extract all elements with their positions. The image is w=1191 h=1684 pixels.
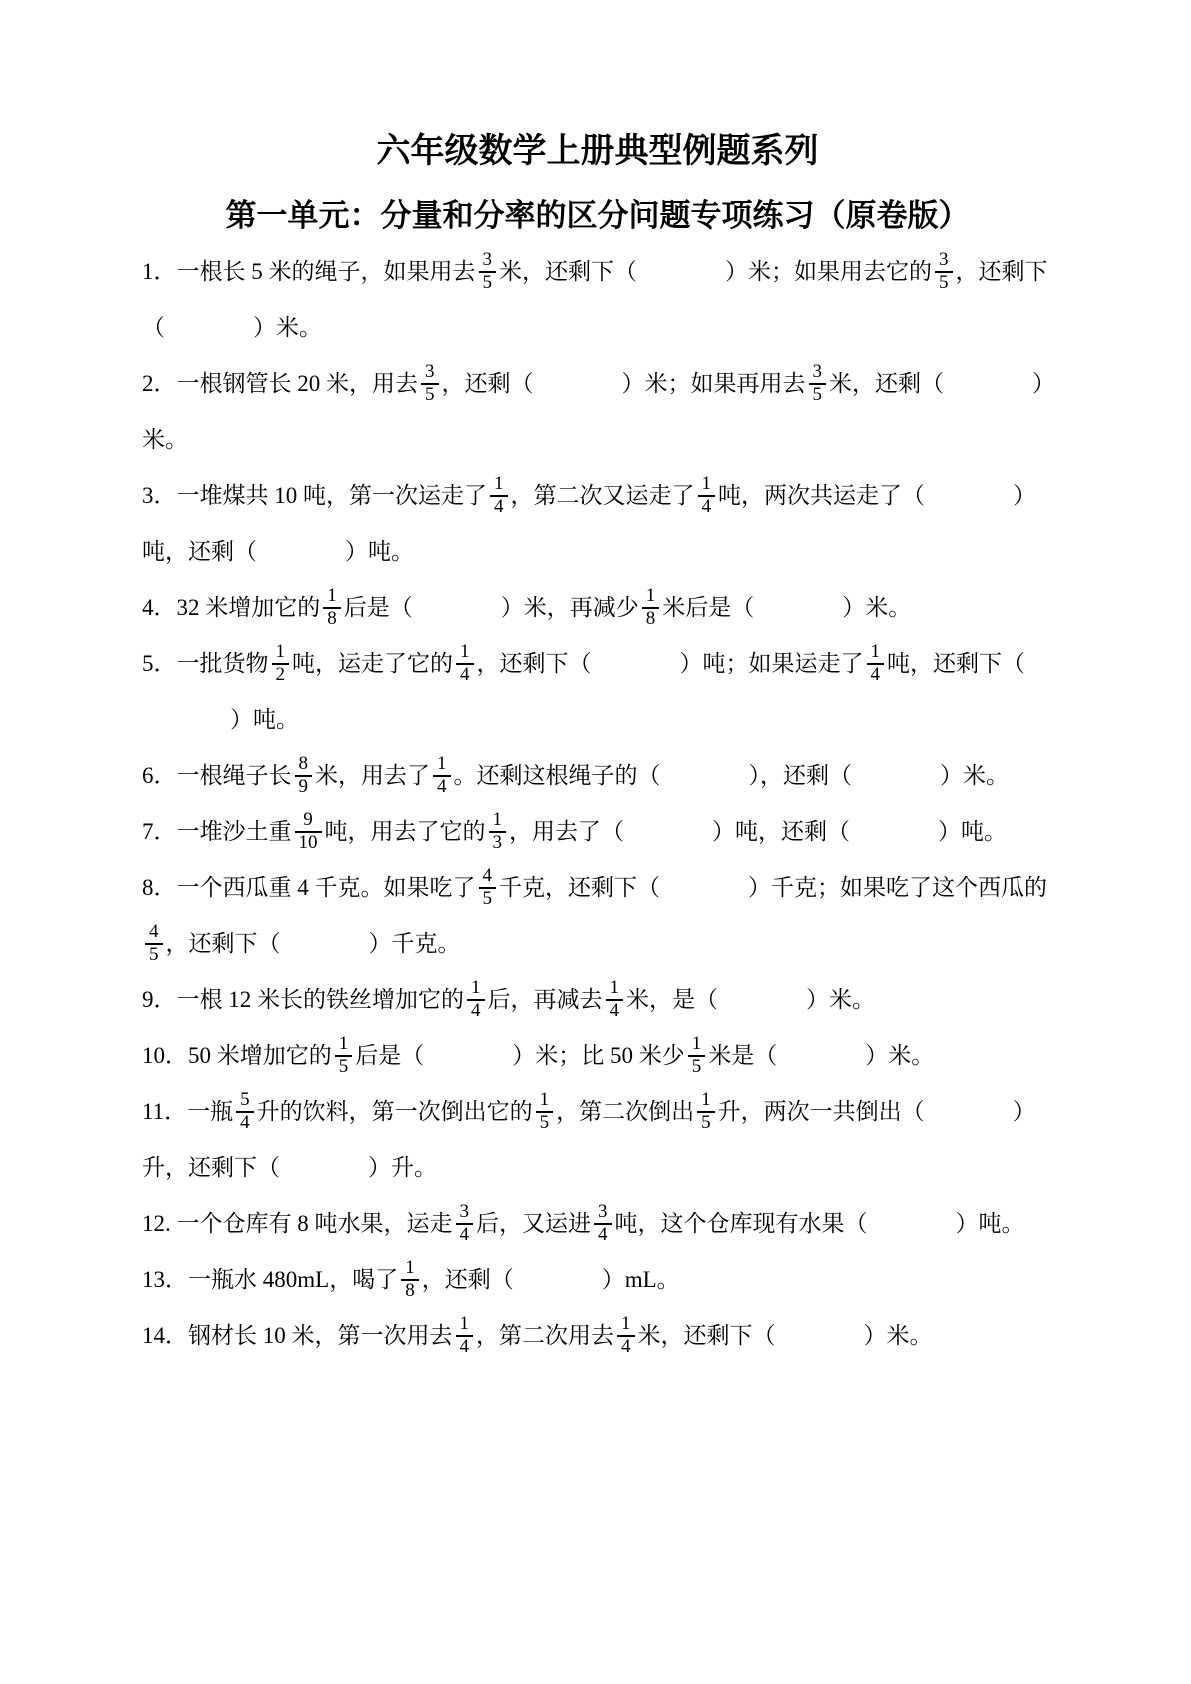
problem-text: ）千克；如果吃了这个西瓜的 bbox=[748, 875, 1047, 900]
problem-text: 米，还剩下（ bbox=[499, 259, 637, 284]
fraction: 45 bbox=[479, 866, 497, 909]
problem-text: 6．一根绳子长 bbox=[142, 763, 292, 788]
problem-text: ）米，再减少 bbox=[501, 595, 639, 620]
problem-text: ）米。 bbox=[865, 1043, 934, 1068]
fraction-denominator: 4 bbox=[490, 495, 508, 518]
problem-text: 9．一根 12 米长的铁丝增加它的 bbox=[142, 987, 464, 1012]
fraction: 18 bbox=[642, 586, 660, 629]
problem-text: 米，用去了 bbox=[315, 763, 430, 788]
problem-text: 吨，这个仓库现有水果（ bbox=[615, 1211, 868, 1236]
problem-text: 后是（ bbox=[344, 595, 413, 620]
fraction: 14 bbox=[433, 754, 451, 797]
problem-6: 6．一根绳子长89米，用去了14。还剩这根绳子的（），还剩（）米。 bbox=[142, 748, 1053, 804]
problem-text: ）吨。 bbox=[230, 707, 299, 732]
fraction: 14 bbox=[867, 642, 885, 685]
fraction: 34 bbox=[456, 1202, 474, 1245]
fraction-denominator: 5 bbox=[479, 887, 497, 910]
fraction: 14 bbox=[456, 1314, 474, 1357]
problem-text: 10．50 米增加它的 bbox=[142, 1043, 332, 1068]
fraction: 14 bbox=[606, 978, 624, 1021]
problem-text: ）吨。 bbox=[938, 819, 1007, 844]
problem-text: ）米；如果再用去 bbox=[622, 371, 806, 396]
fraction: 15 bbox=[697, 1090, 715, 1133]
problem-7: 7．一堆沙土重910吨，用去了它的13，用去了（）吨，还剩（）吨。 bbox=[142, 804, 1053, 860]
fraction-denominator: 4 bbox=[867, 663, 885, 686]
fraction: 12 bbox=[272, 642, 290, 685]
fraction-numerator: 1 bbox=[335, 1034, 353, 1055]
fraction-numerator: 1 bbox=[697, 1090, 715, 1111]
fraction: 910 bbox=[295, 810, 322, 853]
problem-text: 后，又运进 bbox=[476, 1211, 591, 1236]
fraction-denominator: 5 bbox=[479, 271, 497, 294]
fraction-denominator: 4 bbox=[606, 999, 624, 1022]
answer-blank-gap bbox=[592, 670, 680, 671]
worksheet-page: 六年级数学上册典型例题系列 第一单元：分量和分率的区分问题专项练习（原卷版） 1… bbox=[0, 0, 1191, 1684]
problem-text: ）mL。 bbox=[602, 1267, 680, 1292]
fraction-numerator: 3 bbox=[594, 1202, 612, 1223]
problem-12: 12. 一个仓库有 8 吨水果，运走34后，又运进34吨，这个仓库现有水果（）吨… bbox=[142, 1196, 1053, 1252]
answer-blank-gap bbox=[661, 782, 749, 783]
fraction-denominator: 4 bbox=[467, 999, 485, 1022]
answer-blank-gap bbox=[165, 334, 253, 335]
fraction-numerator: 1 bbox=[688, 1034, 706, 1055]
fraction-denominator: 4 bbox=[698, 495, 716, 518]
answer-blank-gap bbox=[280, 1174, 368, 1175]
problem-text: ）米。 bbox=[253, 315, 322, 340]
problem-text: 2．一根钢管长 20 米，用去 bbox=[142, 371, 418, 396]
problem-text: ）吨。 bbox=[956, 1211, 1025, 1236]
answer-blank-gap bbox=[925, 502, 1013, 503]
fraction-denominator: 8 bbox=[401, 1279, 419, 1302]
problem-text: 11．一瓶 bbox=[142, 1099, 233, 1124]
fraction: 15 bbox=[335, 1034, 353, 1077]
fraction-numerator: 1 bbox=[467, 978, 485, 999]
fraction-numerator: 1 bbox=[617, 1314, 635, 1335]
problem-text: ）米。 bbox=[842, 595, 911, 620]
answer-blank-gap bbox=[850, 838, 938, 839]
problem-text: ）升。 bbox=[368, 1155, 437, 1180]
problem-text: 吨，运走了它的 bbox=[292, 651, 453, 676]
fraction-numerator: 3 bbox=[421, 362, 439, 383]
answer-blank-gap bbox=[142, 726, 230, 727]
answer-blank-gap bbox=[754, 614, 842, 615]
problem-text: ）米。 bbox=[806, 987, 875, 1012]
fraction-numerator: 1 bbox=[433, 754, 451, 775]
problems-list: 1．一根长 5 米的绳子，如果用去35米，还剩下（）米；如果用去它的35，还剩下… bbox=[142, 244, 1053, 1364]
problem-text: 米，是（ bbox=[626, 987, 718, 1012]
problem-10: 10．50 米增加它的15后是（）米；比 50 米少15米是（）米。 bbox=[142, 1028, 1053, 1084]
fraction: 15 bbox=[536, 1090, 554, 1133]
problem-text: 3．一堆煤共 10 吨，第一次运走了 bbox=[142, 483, 487, 508]
answer-blank-gap bbox=[413, 614, 501, 615]
fraction: 54 bbox=[236, 1090, 254, 1133]
answer-blank-gap bbox=[868, 1230, 956, 1231]
fraction-denominator: 10 bbox=[295, 831, 322, 854]
fraction-numerator: 1 bbox=[456, 642, 474, 663]
page-subtitle: 第一单元：分量和分率的区分问题专项练习（原卷版） bbox=[142, 194, 1053, 238]
fraction-denominator: 5 bbox=[809, 383, 827, 406]
fraction: 34 bbox=[594, 1202, 612, 1245]
fraction: 35 bbox=[935, 250, 953, 293]
fraction-numerator: 3 bbox=[809, 362, 827, 383]
problem-text: 5．一批货物 bbox=[142, 651, 269, 676]
fraction: 15 bbox=[688, 1034, 706, 1077]
fraction-numerator: 9 bbox=[299, 810, 317, 831]
problem-text: 12. 一个仓库有 8 吨水果，运走 bbox=[142, 1211, 453, 1236]
fraction: 14 bbox=[467, 978, 485, 1021]
answer-blank-gap bbox=[925, 1118, 1013, 1119]
problem-1: 1．一根长 5 米的绳子，如果用去35米，还剩下（）米；如果用去它的35，还剩下… bbox=[142, 244, 1053, 356]
problem-text: ，还剩下（ bbox=[477, 651, 592, 676]
fraction-denominator: 5 bbox=[421, 383, 439, 406]
fraction-denominator: 5 bbox=[688, 1055, 706, 1078]
problem-text: ）吨。 bbox=[345, 539, 414, 564]
fraction-denominator: 9 bbox=[295, 775, 313, 798]
problem-text: ，还剩（ bbox=[422, 1267, 514, 1292]
fraction-numerator: 1 bbox=[867, 642, 885, 663]
fraction-numerator: 3 bbox=[479, 250, 497, 271]
answer-blank-gap bbox=[624, 838, 712, 839]
problem-text: 吨，用去了它的 bbox=[325, 819, 486, 844]
fraction-denominator: 3 bbox=[489, 831, 507, 854]
problem-text: ，还剩（ bbox=[442, 371, 534, 396]
problem-9: 9．一根 12 米长的铁丝增加它的14后，再减去14米，是（）米。 bbox=[142, 972, 1053, 1028]
problem-text: 。还剩这根绳子的（ bbox=[454, 763, 661, 788]
problem-text: 1．一根长 5 米的绳子，如果用去 bbox=[142, 259, 476, 284]
problem-text: 8．一个西瓜重 4 千克。如果吃了 bbox=[142, 875, 476, 900]
answer-blank-gap bbox=[637, 278, 725, 279]
fraction-numerator: 1 bbox=[698, 474, 716, 495]
fraction-denominator: 4 bbox=[456, 663, 474, 686]
answer-blank-gap bbox=[718, 1006, 806, 1007]
problem-text: 吨，还剩下（ bbox=[887, 651, 1025, 676]
answer-blank-gap bbox=[944, 390, 1032, 391]
fraction-numerator: 1 bbox=[489, 810, 507, 831]
answer-blank-gap bbox=[777, 1062, 865, 1063]
problem-2: 2．一根钢管长 20 米，用去35，还剩（）米；如果再用去35米，还剩（）米。 bbox=[142, 356, 1053, 468]
problem-text: ）吨；如果运走了 bbox=[680, 651, 864, 676]
problem-text: 米后是（ bbox=[662, 595, 754, 620]
problem-14: 14．钢材长 10 米，第一次用去14，第二次用去14米，还剩下（）米。 bbox=[142, 1308, 1053, 1364]
fraction-denominator: 8 bbox=[323, 607, 341, 630]
fraction-numerator: 4 bbox=[479, 866, 497, 887]
fraction: 13 bbox=[489, 810, 507, 853]
fraction-denominator: 5 bbox=[335, 1055, 353, 1078]
fraction-numerator: 5 bbox=[236, 1090, 254, 1111]
problem-5: 5．一批货物12吨，运走了它的14，还剩下（）吨；如果运走了14吨，还剩下（）吨… bbox=[142, 636, 1053, 748]
fraction-denominator: 4 bbox=[456, 1223, 474, 1246]
fraction-denominator: 5 bbox=[536, 1111, 554, 1134]
fraction-numerator: 3 bbox=[456, 1202, 474, 1223]
fraction: 14 bbox=[490, 474, 508, 517]
problem-text: 米，还剩下（ bbox=[638, 1323, 776, 1348]
fraction-denominator: 8 bbox=[642, 607, 660, 630]
fraction: 14 bbox=[456, 642, 474, 685]
answer-blank-gap bbox=[424, 1062, 512, 1063]
answer-blank-gap bbox=[514, 1286, 602, 1287]
problem-text: 升，两次一共倒出（ bbox=[718, 1099, 925, 1124]
fraction-numerator: 1 bbox=[536, 1090, 554, 1111]
fraction-numerator: 4 bbox=[145, 922, 163, 943]
fraction-numerator: 1 bbox=[272, 642, 290, 663]
fraction-denominator: 5 bbox=[935, 271, 953, 294]
problem-text: ）吨，还剩（ bbox=[712, 819, 850, 844]
fraction-denominator: 4 bbox=[617, 1335, 635, 1358]
problem-text: 后是（ bbox=[355, 1043, 424, 1068]
fraction-numerator: 1 bbox=[323, 586, 341, 607]
problem-text: ），还剩（ bbox=[749, 763, 853, 788]
problem-text: ，用去了（ bbox=[509, 819, 624, 844]
fraction: 18 bbox=[401, 1258, 419, 1301]
fraction: 18 bbox=[323, 586, 341, 629]
fraction-numerator: 1 bbox=[642, 586, 660, 607]
fraction-numerator: 1 bbox=[456, 1314, 474, 1335]
problem-text: 7．一堆沙土重 bbox=[142, 819, 292, 844]
answer-blank-gap bbox=[281, 950, 369, 951]
fraction: 89 bbox=[295, 754, 313, 797]
fraction-numerator: 3 bbox=[935, 250, 953, 271]
fraction-numerator: 1 bbox=[606, 978, 624, 999]
problem-text: 4．32 米增加它的 bbox=[142, 595, 320, 620]
fraction-denominator: 5 bbox=[697, 1111, 715, 1134]
problem-text: ，第二次又运走了 bbox=[511, 483, 695, 508]
problem-text: ）米；比 50 米少 bbox=[512, 1043, 685, 1068]
problem-4: 4．32 米增加它的18后是（）米，再减少18米后是（）米。 bbox=[142, 580, 1053, 636]
fraction-numerator: 8 bbox=[295, 754, 313, 775]
answer-blank-gap bbox=[257, 558, 345, 559]
fraction-denominator: 4 bbox=[433, 775, 451, 798]
problem-text: 千克，还剩下（ bbox=[499, 875, 660, 900]
problem-text: 后，再减去 bbox=[488, 987, 603, 1012]
answer-blank-gap bbox=[776, 1342, 864, 1343]
fraction: 35 bbox=[809, 362, 827, 405]
fraction-numerator: 1 bbox=[490, 474, 508, 495]
fraction: 35 bbox=[421, 362, 439, 405]
answer-blank-gap bbox=[660, 894, 748, 895]
fraction-numerator: 1 bbox=[401, 1258, 419, 1279]
problem-13: 13．一瓶水 480mL，喝了18，还剩（）mL。 bbox=[142, 1252, 1053, 1308]
problem-text: ）米。 bbox=[940, 763, 1009, 788]
answer-blank-gap bbox=[534, 390, 622, 391]
problem-text: 米是（ bbox=[708, 1043, 777, 1068]
fraction-denominator: 4 bbox=[594, 1223, 612, 1246]
fraction-denominator: 4 bbox=[456, 1335, 474, 1358]
problem-text: 13．一瓶水 480mL，喝了 bbox=[142, 1267, 398, 1292]
problem-11: 11．一瓶54升的饮料，第一次倒出它的15，第二次倒出15升，两次一共倒出（）升… bbox=[142, 1084, 1053, 1196]
problem-text: 米，还剩（ bbox=[829, 371, 944, 396]
problem-text: 14．钢材长 10 米，第一次用去 bbox=[142, 1323, 453, 1348]
fraction-denominator: 5 bbox=[145, 943, 163, 966]
fraction: 45 bbox=[145, 922, 163, 965]
fraction: 14 bbox=[617, 1314, 635, 1357]
fraction: 35 bbox=[479, 250, 497, 293]
problem-text: ）千克。 bbox=[369, 931, 461, 956]
problem-text: 升的饮料，第一次倒出它的 bbox=[257, 1099, 533, 1124]
answer-blank-gap bbox=[852, 782, 940, 783]
problem-text: ）米；如果用去它的 bbox=[725, 259, 932, 284]
fraction-denominator: 4 bbox=[236, 1111, 254, 1134]
problem-text: ，第二次倒出 bbox=[556, 1099, 694, 1124]
problem-text: ）米。 bbox=[864, 1323, 933, 1348]
problem-text: 吨，两次共运走了（ bbox=[718, 483, 925, 508]
problem-8: 8．一个西瓜重 4 千克。如果吃了45千克，还剩下（）千克；如果吃了这个西瓜的4… bbox=[142, 860, 1053, 972]
problem-3: 3．一堆煤共 10 吨，第一次运走了14，第二次又运走了14吨，两次共运走了（）… bbox=[142, 468, 1053, 580]
problem-text: ，第二次用去 bbox=[476, 1323, 614, 1348]
fraction-denominator: 2 bbox=[272, 663, 290, 686]
problem-text: ，还剩下（ bbox=[166, 931, 281, 956]
fraction: 14 bbox=[698, 474, 716, 517]
page-title: 六年级数学上册典型例题系列 bbox=[142, 128, 1053, 174]
